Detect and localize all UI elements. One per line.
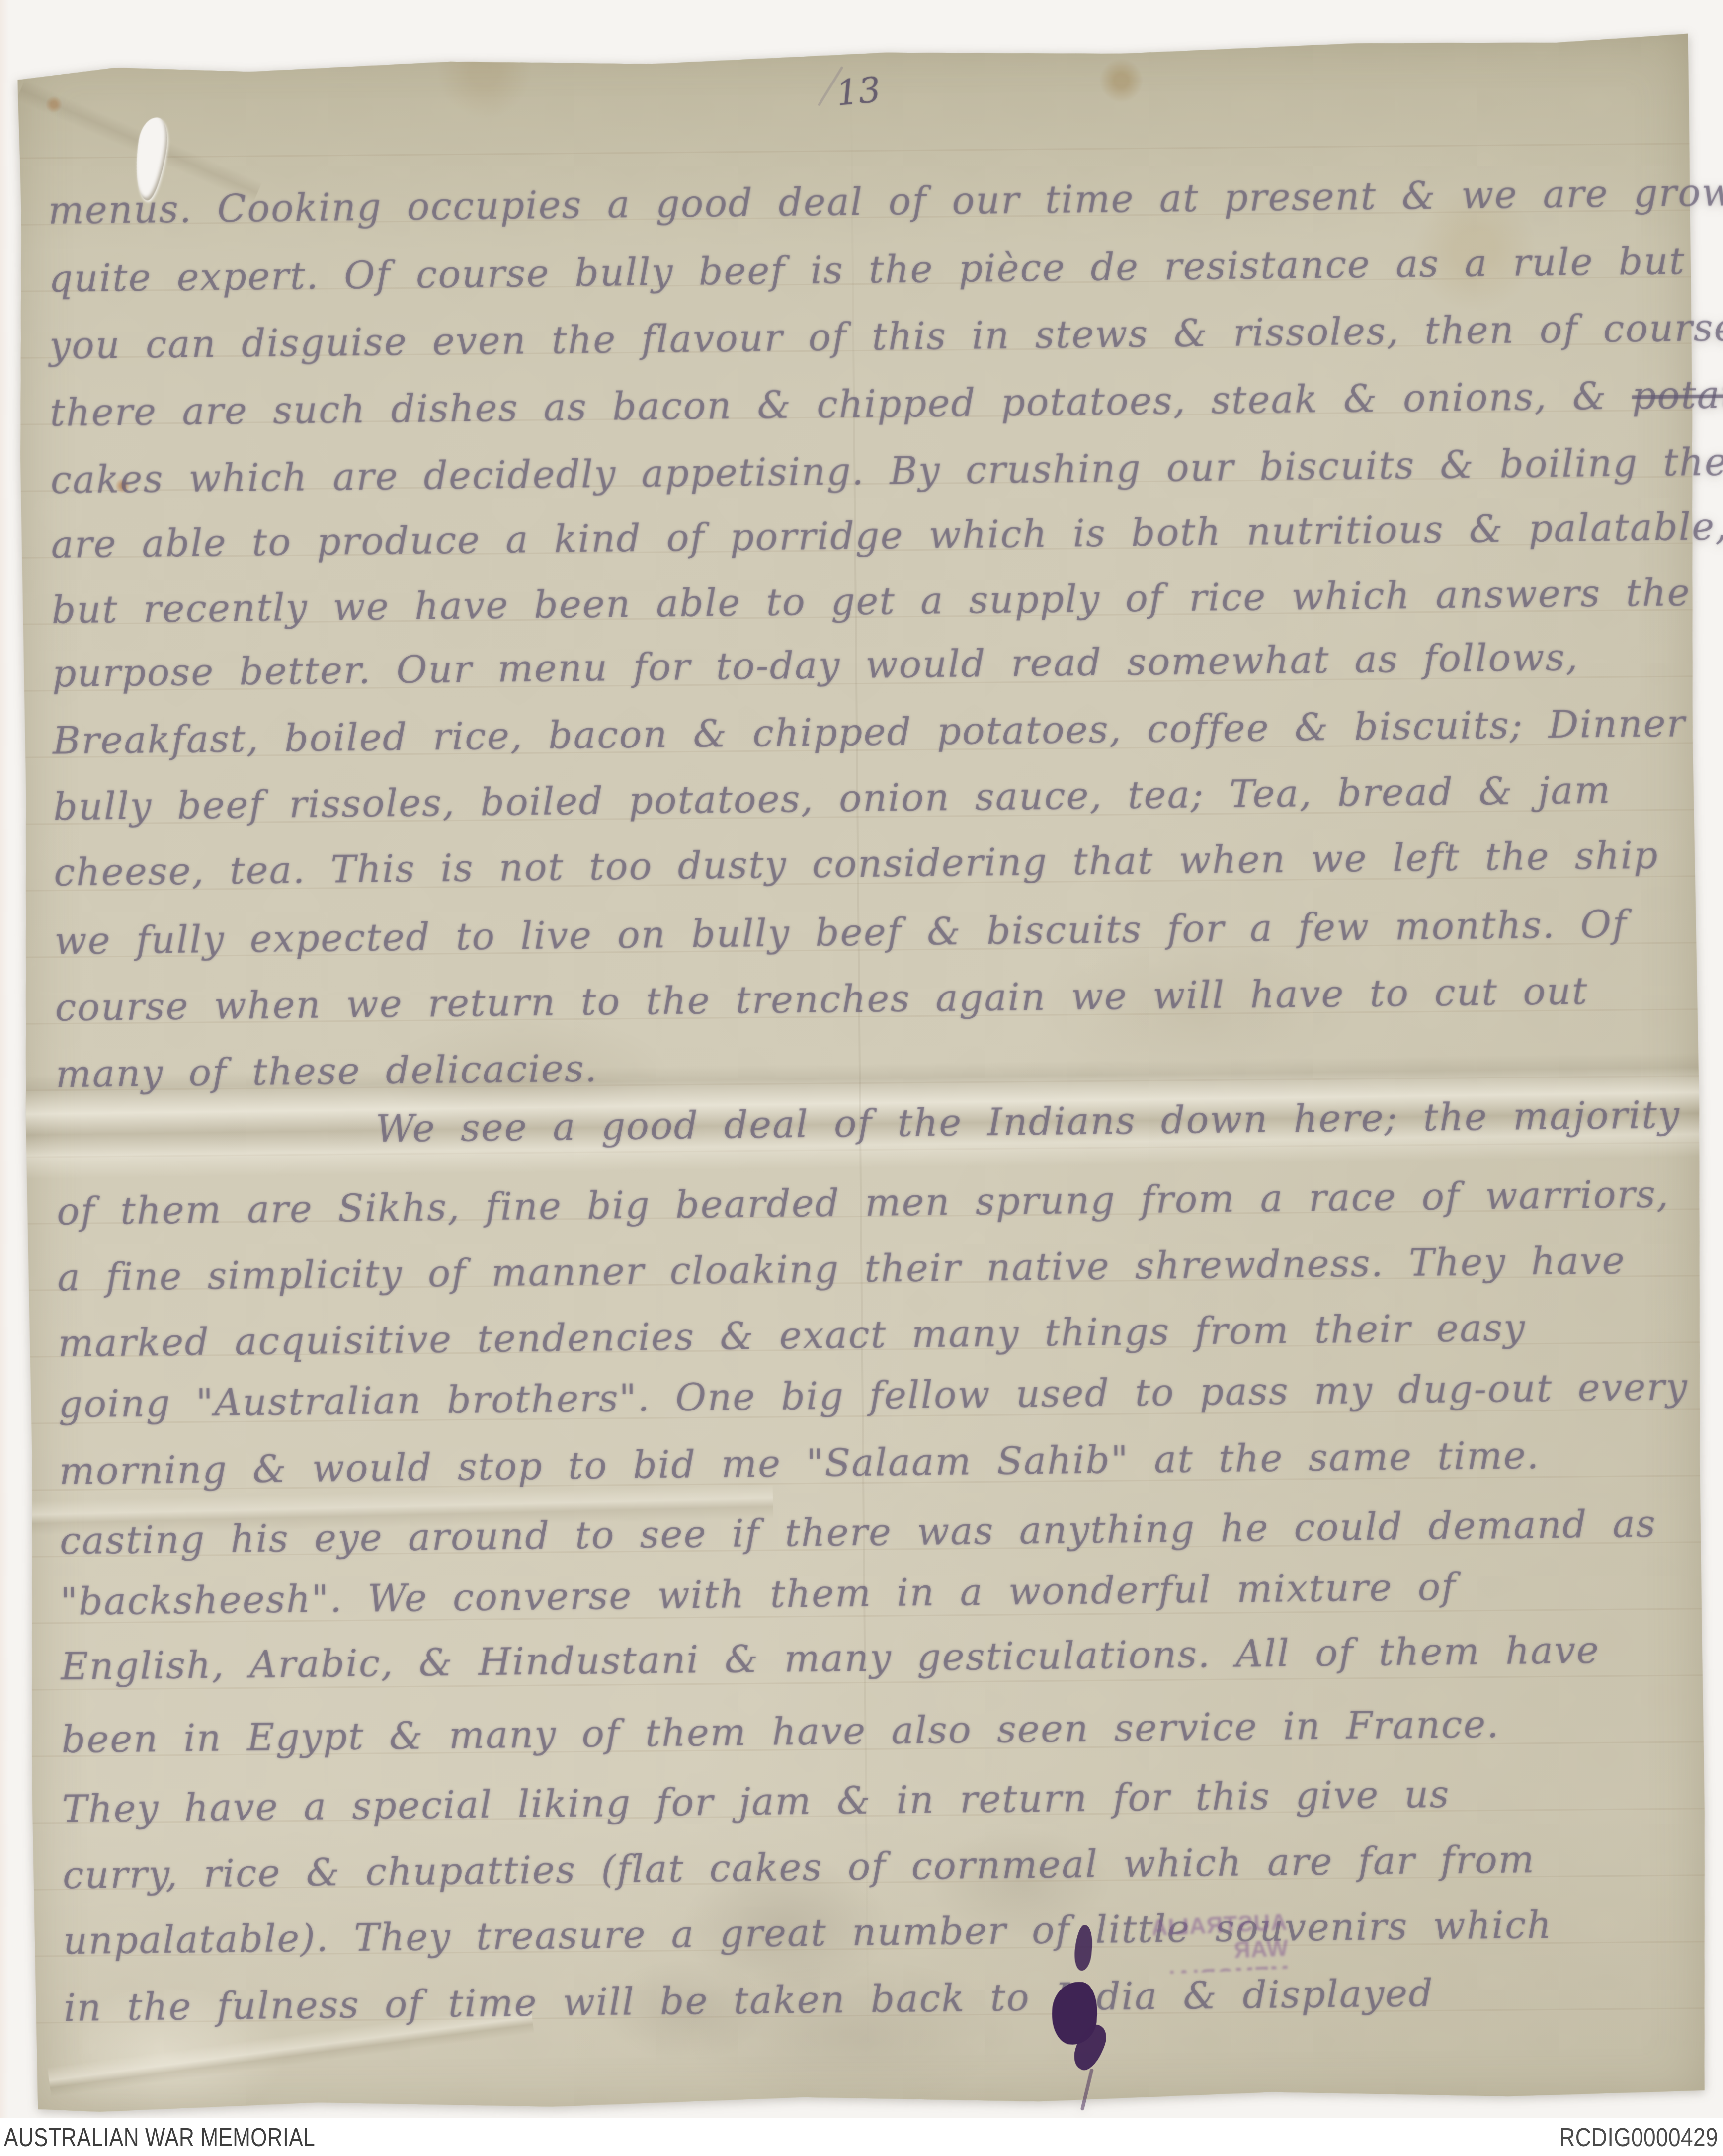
archive-name: AUSTRALIAN WAR MEMORIAL — [4, 2118, 315, 2156]
struck-word: potatoes — [1632, 372, 1723, 418]
stamp-line: WAR MEMORIAL — [1153, 1935, 1289, 1975]
handwritten-line: many of these delicacies. — [56, 1049, 598, 1093]
stamp-bleed-through: AUSTRALIAN WAR MEMORIAL — [1152, 1909, 1289, 1975]
smudge-mark — [603, 1924, 1092, 2142]
page-number: 13 — [834, 69, 883, 114]
crease-mark — [850, 67, 869, 2053]
footer-bar: AUSTRALIAN WAR MEMORIAL RCDIG0000429 — [0, 2118, 1723, 2156]
scanned-letter-page: 13 menus. Cooking occupies a good deal o… — [0, 0, 1723, 2156]
letter-paper-wrap: 13 menus. Cooking occupies a good deal o… — [15, 30, 1709, 2119]
record-id: RCDIG0000429 — [1559, 2118, 1718, 2156]
